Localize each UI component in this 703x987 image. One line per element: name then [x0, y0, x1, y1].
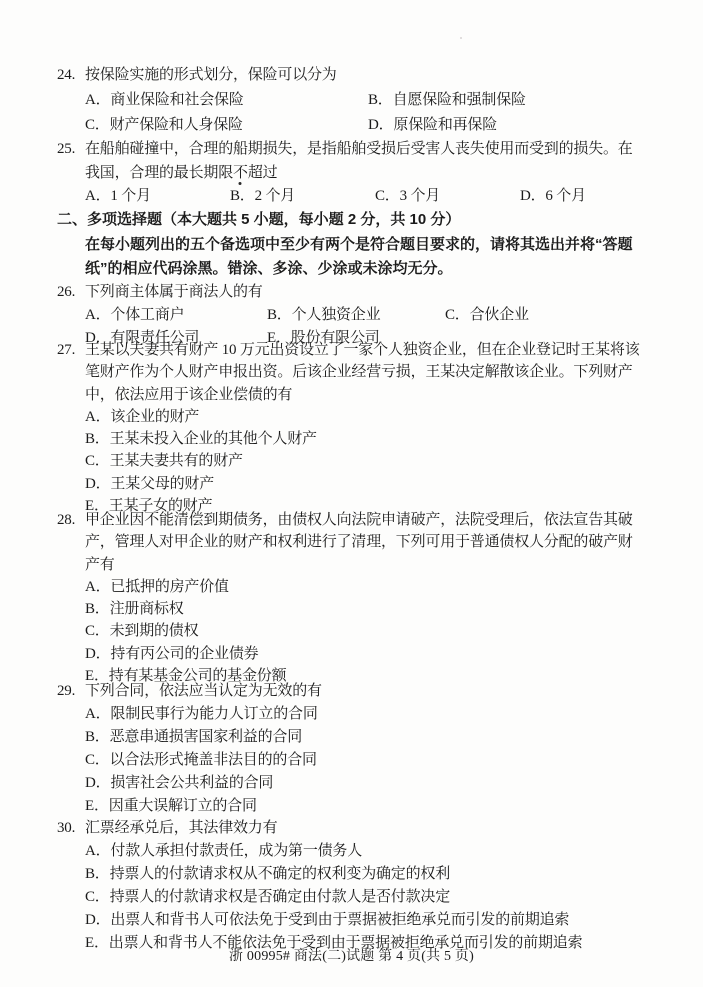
q27-option-b: B．王某未投入企业的其他个人财产 [85, 430, 317, 448]
q27-number: 27. [57, 341, 75, 359]
q30-stem: 汇票经承兑后，其法律效力有 [85, 819, 277, 837]
section-2-instructions-line2: 纸”的相应代码涂黑。错涂、多涂、少涂或未涂均无分。 [85, 260, 453, 278]
q30-option-a: A．付款人承担付款责任，成为第一债务人 [85, 842, 362, 860]
exam-paper-page: 24. 按保险实施的形式划分，保险可以分为 A．商业保险和社会保险 B．自愿保险… [0, 0, 703, 987]
q30-option-d: D．出票人和背书人可依法免于受到由于票据被拒绝承兑而引发的前期追索 [85, 911, 569, 929]
q28-option-d: D．持有丙公司的企业债券 [85, 645, 258, 663]
q28-stem-line1: 甲企业因不能清偿到期债务，由债权人向法院申请破产，法院受理后，依法宣告其破 [85, 511, 633, 529]
q24-option-b: B．自愿保险和强制保险 [368, 91, 526, 109]
q24-option-a: A．商业保险和社会保险 [85, 91, 244, 109]
q26-option-a: A．个体工商户 [85, 306, 184, 324]
q25-number: 25. [57, 140, 75, 158]
q27-stem-line2: 笔财产作为个人财产申报出资。后该企业经营亏损，王某决定解散该企业。下列财产 [85, 363, 633, 381]
q24-number: 24. [57, 66, 75, 84]
q26-option-c: C．合伙企业 [445, 306, 529, 324]
q27-option-d: D．王某父母的财产 [85, 475, 214, 493]
q28-option-b: B．注册商标权 [85, 600, 184, 618]
page-footer: 浙 00995# 商法(二)试题 第 4 页(共 5 页) [0, 948, 703, 965]
q27-option-c: C．王某夫妻共有的财产 [85, 452, 243, 470]
q27-stem-line3: 中，依法应用于该企业偿债的有 [85, 386, 292, 404]
q29-option-c: C．以合法形式掩盖非法目的的合同 [85, 751, 317, 769]
q25-stem-line1: 在船舶碰撞中，合理的船期损失，是指船舶受损后受害人丧失使用而受到的损失。在 [85, 140, 633, 158]
q29-option-b: B．恶意串通损害国家利益的合同 [85, 728, 302, 746]
q24-option-c: C．财产保险和人身保险 [85, 116, 243, 134]
q28-stem-line2: 产，管理人对甲企业的财产和权利进行了清理，下列可用于普通债权人分配的破产财 [85, 533, 633, 551]
q25-option-d: D．6 个月 [520, 187, 586, 205]
q25-stem-line2-after: 超过 [248, 165, 278, 181]
q27-option-a: A．该企业的财产 [85, 408, 199, 426]
q29-option-a: A．限制民事行为能力人订立的合同 [85, 705, 318, 723]
q27-stem-line1: 王某以夫妻共有财产 10 万元出资设立了一家个人独资企业，但在企业登记时王某将该 [85, 341, 640, 359]
q26-number: 26. [57, 283, 75, 301]
q29-number: 29. [57, 682, 75, 700]
q30-option-c: C．持票人的付款请求权是否确定由付款人是否付款决定 [85, 888, 450, 906]
q25-stem-line2-before: 我国，合理的最长期限 [85, 165, 233, 181]
q28-option-a: A．已抵押的房产价值 [85, 578, 229, 596]
q29-stem: 下列合同，依法应当认定为无效的有 [85, 682, 322, 700]
q28-number: 28. [57, 511, 75, 529]
q25-stem-line2: 我国，合理的最长期限不超过 [85, 164, 277, 182]
q25-option-b: B．2 个月 [230, 187, 295, 205]
q25-option-c: C．3 个月 [375, 187, 440, 205]
q30-number: 30. [57, 819, 75, 837]
q28-stem-line3: 产有 [85, 556, 115, 574]
q24-stem: 按保险实施的形式划分，保险可以分为 [85, 66, 337, 84]
section-2-heading: 二、多项选择题（本大题共 5 小题，每小题 2 分，共 10 分） [57, 211, 460, 229]
q29-option-d: D．损害社会公共利益的合同 [85, 774, 273, 792]
q28-option-c: C．未到期的债权 [85, 622, 198, 640]
q24-option-d: D．原保险和再保险 [368, 116, 497, 134]
q26-option-b: B．个人独资企业 [267, 306, 380, 324]
q25-option-a: A．1 个月 [85, 187, 151, 205]
q29-option-e: E．因重大误解订立的合同 [85, 797, 257, 815]
scan-speck [460, 37, 462, 39]
q25-emphasized-char: 不 [233, 165, 248, 181]
q30-option-b: B．持票人的付款请求权从不确定的权利变为确定的权利 [85, 865, 450, 883]
section-2-instructions-line1: 在每小题列出的五个备选项中至少有两个是符合题目要求的，请将其选出并将“答题 [85, 236, 633, 254]
q26-stem: 下列商主体属于商法人的有 [85, 283, 263, 301]
